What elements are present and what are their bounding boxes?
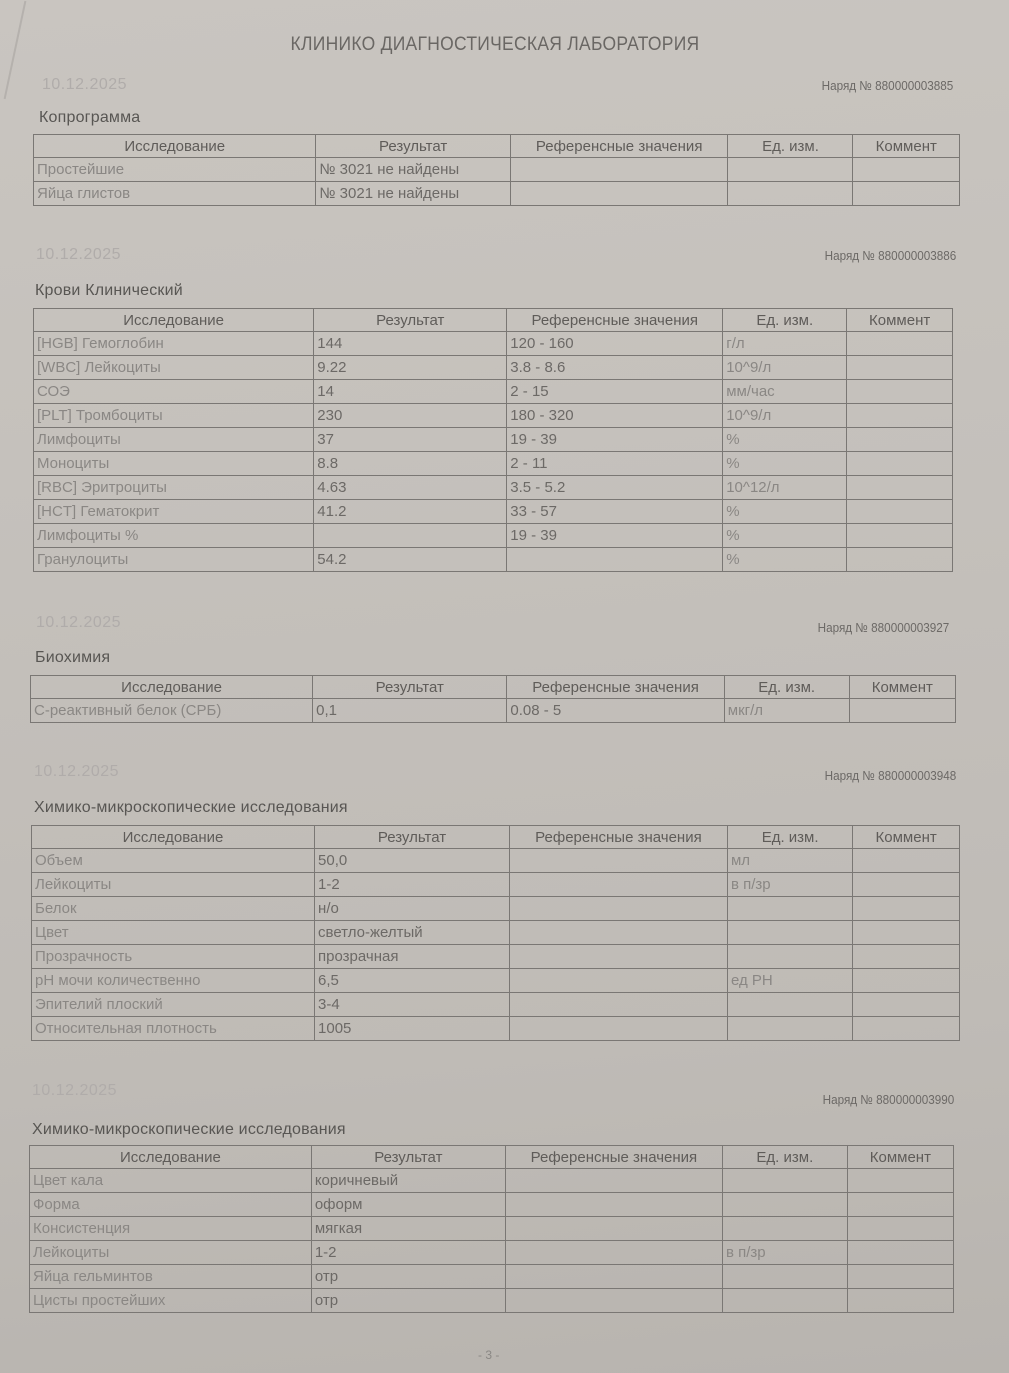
col-test-cell: Белок <box>32 897 315 921</box>
col-unit-cell <box>728 158 853 182</box>
order-number: Наряд № 880000003927 <box>817 620 949 635</box>
col-comment-cell <box>847 404 953 428</box>
col-unit-cell: % <box>723 548 847 572</box>
col-result-cell <box>314 524 507 548</box>
col-result-cell: прозрачная <box>315 945 510 969</box>
col-reference-cell <box>510 182 728 206</box>
col-test-cell: СОЭ <box>34 380 314 404</box>
col-result-cell: 9.22 <box>314 356 507 380</box>
section-title: Химико-микроскопические исследования <box>32 1121 346 1139</box>
col-test-cell: Лимфоциты % <box>34 524 314 548</box>
col-unit-cell: в п/зр <box>722 1241 847 1265</box>
table-row: Белокн/о <box>32 897 960 921</box>
table-header-row: ИсследованиеРезультатРеференсные значени… <box>30 1146 954 1169</box>
col-unit-cell: % <box>723 452 847 476</box>
table-row: Объем50,0мл <box>32 849 960 873</box>
col-unit-cell <box>722 1193 847 1217</box>
col-result-cell: 1-2 <box>315 873 510 897</box>
col-reference-cell <box>509 849 727 873</box>
col-comment-header: Коммент <box>849 676 955 699</box>
col-comment-cell <box>853 993 960 1017</box>
section-date: 10.12.2025 <box>36 614 121 632</box>
order-number: Наряд № 880000003886 <box>824 248 956 263</box>
col-reference-cell <box>505 1265 722 1289</box>
col-result-cell: 4.63 <box>314 476 507 500</box>
col-result-cell: 230 <box>314 404 507 428</box>
col-test-cell: Эпителий плоский <box>32 993 315 1017</box>
col-reference-header: Референсные значения <box>507 309 723 332</box>
table-row: Гранулоциты54.2% <box>34 548 953 572</box>
col-comment-cell <box>847 524 953 548</box>
col-unit-cell: ед PH <box>727 969 852 993</box>
col-unit-cell <box>722 1169 847 1193</box>
col-comment-cell <box>847 452 953 476</box>
col-unit-header: Ед. изм. <box>727 826 852 849</box>
col-unit-cell <box>727 993 852 1017</box>
table-row: [RBC] Эритроциты4.633.5 - 5.210^12/л <box>34 476 953 500</box>
table-row: [HCT] Гематокрит41.233 - 57% <box>34 500 953 524</box>
col-result-cell: 6,5 <box>315 969 510 993</box>
col-reference-cell: 120 - 160 <box>507 332 723 356</box>
col-unit-cell: в п/зр <box>727 873 852 897</box>
col-unit-cell: % <box>723 500 847 524</box>
table-row: Моноциты8.82 - 11% <box>34 452 953 476</box>
col-reference-cell: 19 - 39 <box>507 524 723 548</box>
col-test-cell: Цвет <box>32 921 315 945</box>
col-test-cell: Лейкоциты <box>30 1241 312 1265</box>
col-result-header: Результат <box>316 135 510 158</box>
table-row: Яйца гельминтовотр <box>30 1265 954 1289</box>
table-row: Простейшие№ 3021 не найдены <box>34 158 960 182</box>
col-test-cell: Прозрачность <box>32 945 315 969</box>
table-row: Яйца глистов№ 3021 не найдены <box>34 182 960 206</box>
col-result-cell: 0,1 <box>313 699 507 723</box>
col-result-header: Результат <box>314 309 507 332</box>
col-comment-header: Коммент <box>853 135 960 158</box>
col-result-cell: 50,0 <box>315 849 510 873</box>
table-row: Формаоформ <box>30 1193 954 1217</box>
col-comment-cell <box>849 699 955 723</box>
col-reference-cell: 33 - 57 <box>507 500 723 524</box>
order-number: Наряд № 880000003885 <box>821 78 953 93</box>
col-reference-cell: 3.8 - 8.6 <box>507 356 723 380</box>
col-reference-cell <box>507 548 723 572</box>
col-reference-cell <box>509 969 727 993</box>
section-date: 10.12.2025 <box>36 246 121 264</box>
col-result-header: Результат <box>313 676 507 699</box>
col-comment-cell <box>847 428 953 452</box>
col-test-header: Исследование <box>34 135 316 158</box>
col-comment-cell <box>847 548 953 572</box>
col-unit-cell: мл <box>727 849 852 873</box>
col-comment-cell <box>853 182 960 206</box>
results-table: ИсследованиеРезультатРеференсные значени… <box>31 825 960 1041</box>
col-unit-header: Ед. изм. <box>723 309 847 332</box>
col-test-cell: С-реактивный белок (СРБ) <box>31 699 313 723</box>
section-title: Биохимия <box>35 649 110 667</box>
col-test-cell: [PLT] Тромбоциты <box>34 404 314 428</box>
col-reference-cell <box>510 158 728 182</box>
col-comment-cell <box>847 1265 953 1289</box>
col-result-cell: 37 <box>314 428 507 452</box>
col-unit-cell: г/л <box>723 332 847 356</box>
col-test-cell: Лейкоциты <box>32 873 315 897</box>
col-test-cell: Консистенция <box>30 1217 312 1241</box>
table-header-row: ИсследованиеРезультатРеференсные значени… <box>32 826 960 849</box>
col-comment-header: Коммент <box>847 309 953 332</box>
col-comment-header: Коммент <box>853 826 960 849</box>
col-test-header: Исследование <box>30 1146 312 1169</box>
col-reference-cell: 19 - 39 <box>507 428 723 452</box>
col-test-cell: Гранулоциты <box>34 548 314 572</box>
results-table: ИсследованиеРезультатРеференсные значени… <box>33 134 960 206</box>
col-reference-cell: 180 - 320 <box>507 404 723 428</box>
col-reference-cell <box>505 1169 722 1193</box>
table-row: pH мочи количественно6,5ед PH <box>32 969 960 993</box>
table-row: Цветсветло-желтый <box>32 921 960 945</box>
page-number: - 3 - <box>478 1348 499 1362</box>
col-comment-cell <box>847 1217 953 1241</box>
section-date: 10.12.2025 <box>34 763 119 781</box>
col-unit-cell: мкг/л <box>724 699 849 723</box>
order-number: Наряд № 880000003990 <box>822 1092 954 1107</box>
results-table: ИсследованиеРезультатРеференсные значени… <box>29 1145 954 1313</box>
col-reference-header: Референсные значения <box>505 1146 722 1169</box>
section-title: Крови Клинический <box>35 282 183 300</box>
col-unit-cell <box>727 945 852 969</box>
table-row: С-реактивный белок (СРБ)0,10.08 - 5мкг/л <box>31 699 956 723</box>
col-reference-cell: 0.08 - 5 <box>507 699 724 723</box>
table-row: Эпителий плоский3-4 <box>32 993 960 1017</box>
col-reference-header: Референсные значения <box>507 676 724 699</box>
col-result-cell: 54.2 <box>314 548 507 572</box>
col-test-cell: Цвет кала <box>30 1169 312 1193</box>
col-result-cell: 3-4 <box>315 993 510 1017</box>
col-unit-cell: 10^9/л <box>723 356 847 380</box>
col-reference-header: Референсные значения <box>510 135 728 158</box>
col-reference-cell <box>505 1217 722 1241</box>
col-reference-cell <box>509 1017 727 1041</box>
col-reference-header: Референсные значения <box>509 826 727 849</box>
col-result-header: Результат <box>315 826 510 849</box>
col-unit-cell <box>722 1217 847 1241</box>
section-date: 10.12.2025 <box>42 76 127 94</box>
col-comment-cell <box>853 969 960 993</box>
col-result-cell: № 3021 не найдены <box>316 182 510 206</box>
paper-fold-mark <box>4 1 27 99</box>
table-row: Лейкоциты1-2в п/зр <box>32 873 960 897</box>
col-test-header: Исследование <box>32 826 315 849</box>
col-comment-cell <box>847 380 953 404</box>
col-unit-cell: % <box>723 524 847 548</box>
table-row: Лимфоциты %19 - 39% <box>34 524 953 548</box>
col-unit-cell <box>727 921 852 945</box>
col-comment-cell <box>853 945 960 969</box>
col-unit-cell <box>728 182 853 206</box>
col-test-cell: Относительная плотность <box>32 1017 315 1041</box>
col-test-cell: Яйца гельминтов <box>30 1265 312 1289</box>
col-result-cell: 8.8 <box>314 452 507 476</box>
col-test-cell: [HCT] Гематокрит <box>34 500 314 524</box>
table-row: Прозрачностьпрозрачная <box>32 945 960 969</box>
table-row: Консистенциямягкая <box>30 1217 954 1241</box>
col-test-cell: Цисты простейших <box>30 1289 312 1313</box>
col-unit-cell <box>722 1265 847 1289</box>
col-result-cell: н/о <box>315 897 510 921</box>
order-number: Наряд № 880000003948 <box>824 768 956 783</box>
col-test-header: Исследование <box>34 309 314 332</box>
col-reference-cell: 2 - 11 <box>507 452 723 476</box>
col-unit-header: Ед. изм. <box>728 135 853 158</box>
col-comment-cell <box>853 897 960 921</box>
col-comment-cell <box>847 1289 953 1313</box>
table-header-row: ИсследованиеРезультатРеференсные значени… <box>31 676 956 699</box>
col-test-cell: Яйца глистов <box>34 182 316 206</box>
col-reference-cell: 2 - 15 <box>507 380 723 404</box>
col-test-header: Исследование <box>31 676 313 699</box>
col-reference-cell <box>505 1193 722 1217</box>
col-reference-cell <box>505 1289 722 1313</box>
section-title: Копрограмма <box>39 109 140 127</box>
col-result-cell: 1005 <box>315 1017 510 1041</box>
col-comment-cell <box>853 921 960 945</box>
table-row: Относительная плотность1005 <box>32 1017 960 1041</box>
col-result-cell: отр <box>311 1265 505 1289</box>
col-test-cell: Простейшие <box>34 158 316 182</box>
col-result-cell: мягкая <box>311 1217 505 1241</box>
col-result-cell: 41.2 <box>314 500 507 524</box>
col-comment-cell <box>847 356 953 380</box>
table-row: Цвет калакоричневый <box>30 1169 954 1193</box>
col-comment-cell <box>853 873 960 897</box>
section-title: Химико-микроскопические исследования <box>34 799 348 817</box>
col-comment-cell <box>853 158 960 182</box>
table-row: Цисты простейшихотр <box>30 1289 954 1313</box>
col-comment-cell <box>847 1241 953 1265</box>
col-comment-cell <box>847 500 953 524</box>
col-reference-cell <box>509 873 727 897</box>
col-reference-cell <box>509 921 727 945</box>
table-row: Лейкоциты1-2в п/зр <box>30 1241 954 1265</box>
col-comment-cell <box>853 1017 960 1041</box>
results-table: ИсследованиеРезультатРеференсные значени… <box>30 675 956 723</box>
col-comment-cell <box>847 476 953 500</box>
col-unit-cell: мм/час <box>723 380 847 404</box>
col-unit-header: Ед. изм. <box>724 676 849 699</box>
col-reference-cell <box>509 897 727 921</box>
table-row: СОЭ142 - 15мм/час <box>34 380 953 404</box>
col-comment-cell <box>847 332 953 356</box>
col-result-header: Результат <box>311 1146 505 1169</box>
col-result-cell: 14 <box>314 380 507 404</box>
col-unit-cell <box>727 1017 852 1041</box>
table-row: [WBC] Лейкоциты9.223.8 - 8.610^9/л <box>34 356 953 380</box>
col-test-cell: Моноциты <box>34 452 314 476</box>
table-header-row: ИсследованиеРезультатРеференсные значени… <box>34 309 953 332</box>
col-comment-cell <box>847 1169 953 1193</box>
results-table: ИсследованиеРезультатРеференсные значени… <box>33 308 953 572</box>
col-result-cell: коричневый <box>311 1169 505 1193</box>
col-test-cell: Объем <box>32 849 315 873</box>
col-test-cell: [RBC] Эритроциты <box>34 476 314 500</box>
col-unit-cell: 10^9/л <box>723 404 847 428</box>
col-reference-cell <box>509 945 727 969</box>
col-unit-cell <box>722 1289 847 1313</box>
col-test-cell: pH мочи количественно <box>32 969 315 993</box>
col-result-cell: отр <box>311 1289 505 1313</box>
page-title: КЛИНИКО ДИАГНОСТИЧЕСКАЯ ЛАБОРАТОРИЯ <box>40 34 951 56</box>
col-result-cell: оформ <box>311 1193 505 1217</box>
col-reference-cell <box>505 1241 722 1265</box>
col-unit-cell <box>727 897 852 921</box>
col-reference-cell: 3.5 - 5.2 <box>507 476 723 500</box>
col-result-cell: 144 <box>314 332 507 356</box>
col-comment-cell <box>847 1193 953 1217</box>
table-row: [PLT] Тромбоциты230180 - 32010^9/л <box>34 404 953 428</box>
col-test-cell: Лимфоциты <box>34 428 314 452</box>
col-comment-cell <box>853 849 960 873</box>
col-test-cell: [WBC] Лейкоциты <box>34 356 314 380</box>
table-header-row: ИсследованиеРезультатРеференсные значени… <box>34 135 960 158</box>
table-row: Лимфоциты3719 - 39% <box>34 428 953 452</box>
col-unit-cell: 10^12/л <box>723 476 847 500</box>
col-reference-cell <box>509 993 727 1017</box>
col-result-cell: № 3021 не найдены <box>316 158 510 182</box>
col-unit-header: Ед. изм. <box>722 1146 847 1169</box>
table-row: [HGB] Гемоглобин144120 - 160г/л <box>34 332 953 356</box>
col-result-cell: светло-желтый <box>315 921 510 945</box>
col-result-cell: 1-2 <box>311 1241 505 1265</box>
col-test-cell: [HGB] Гемоглобин <box>34 332 314 356</box>
col-test-cell: Форма <box>30 1193 312 1217</box>
col-comment-header: Коммент <box>847 1146 953 1169</box>
col-unit-cell: % <box>723 428 847 452</box>
section-date: 10.12.2025 <box>32 1082 117 1100</box>
